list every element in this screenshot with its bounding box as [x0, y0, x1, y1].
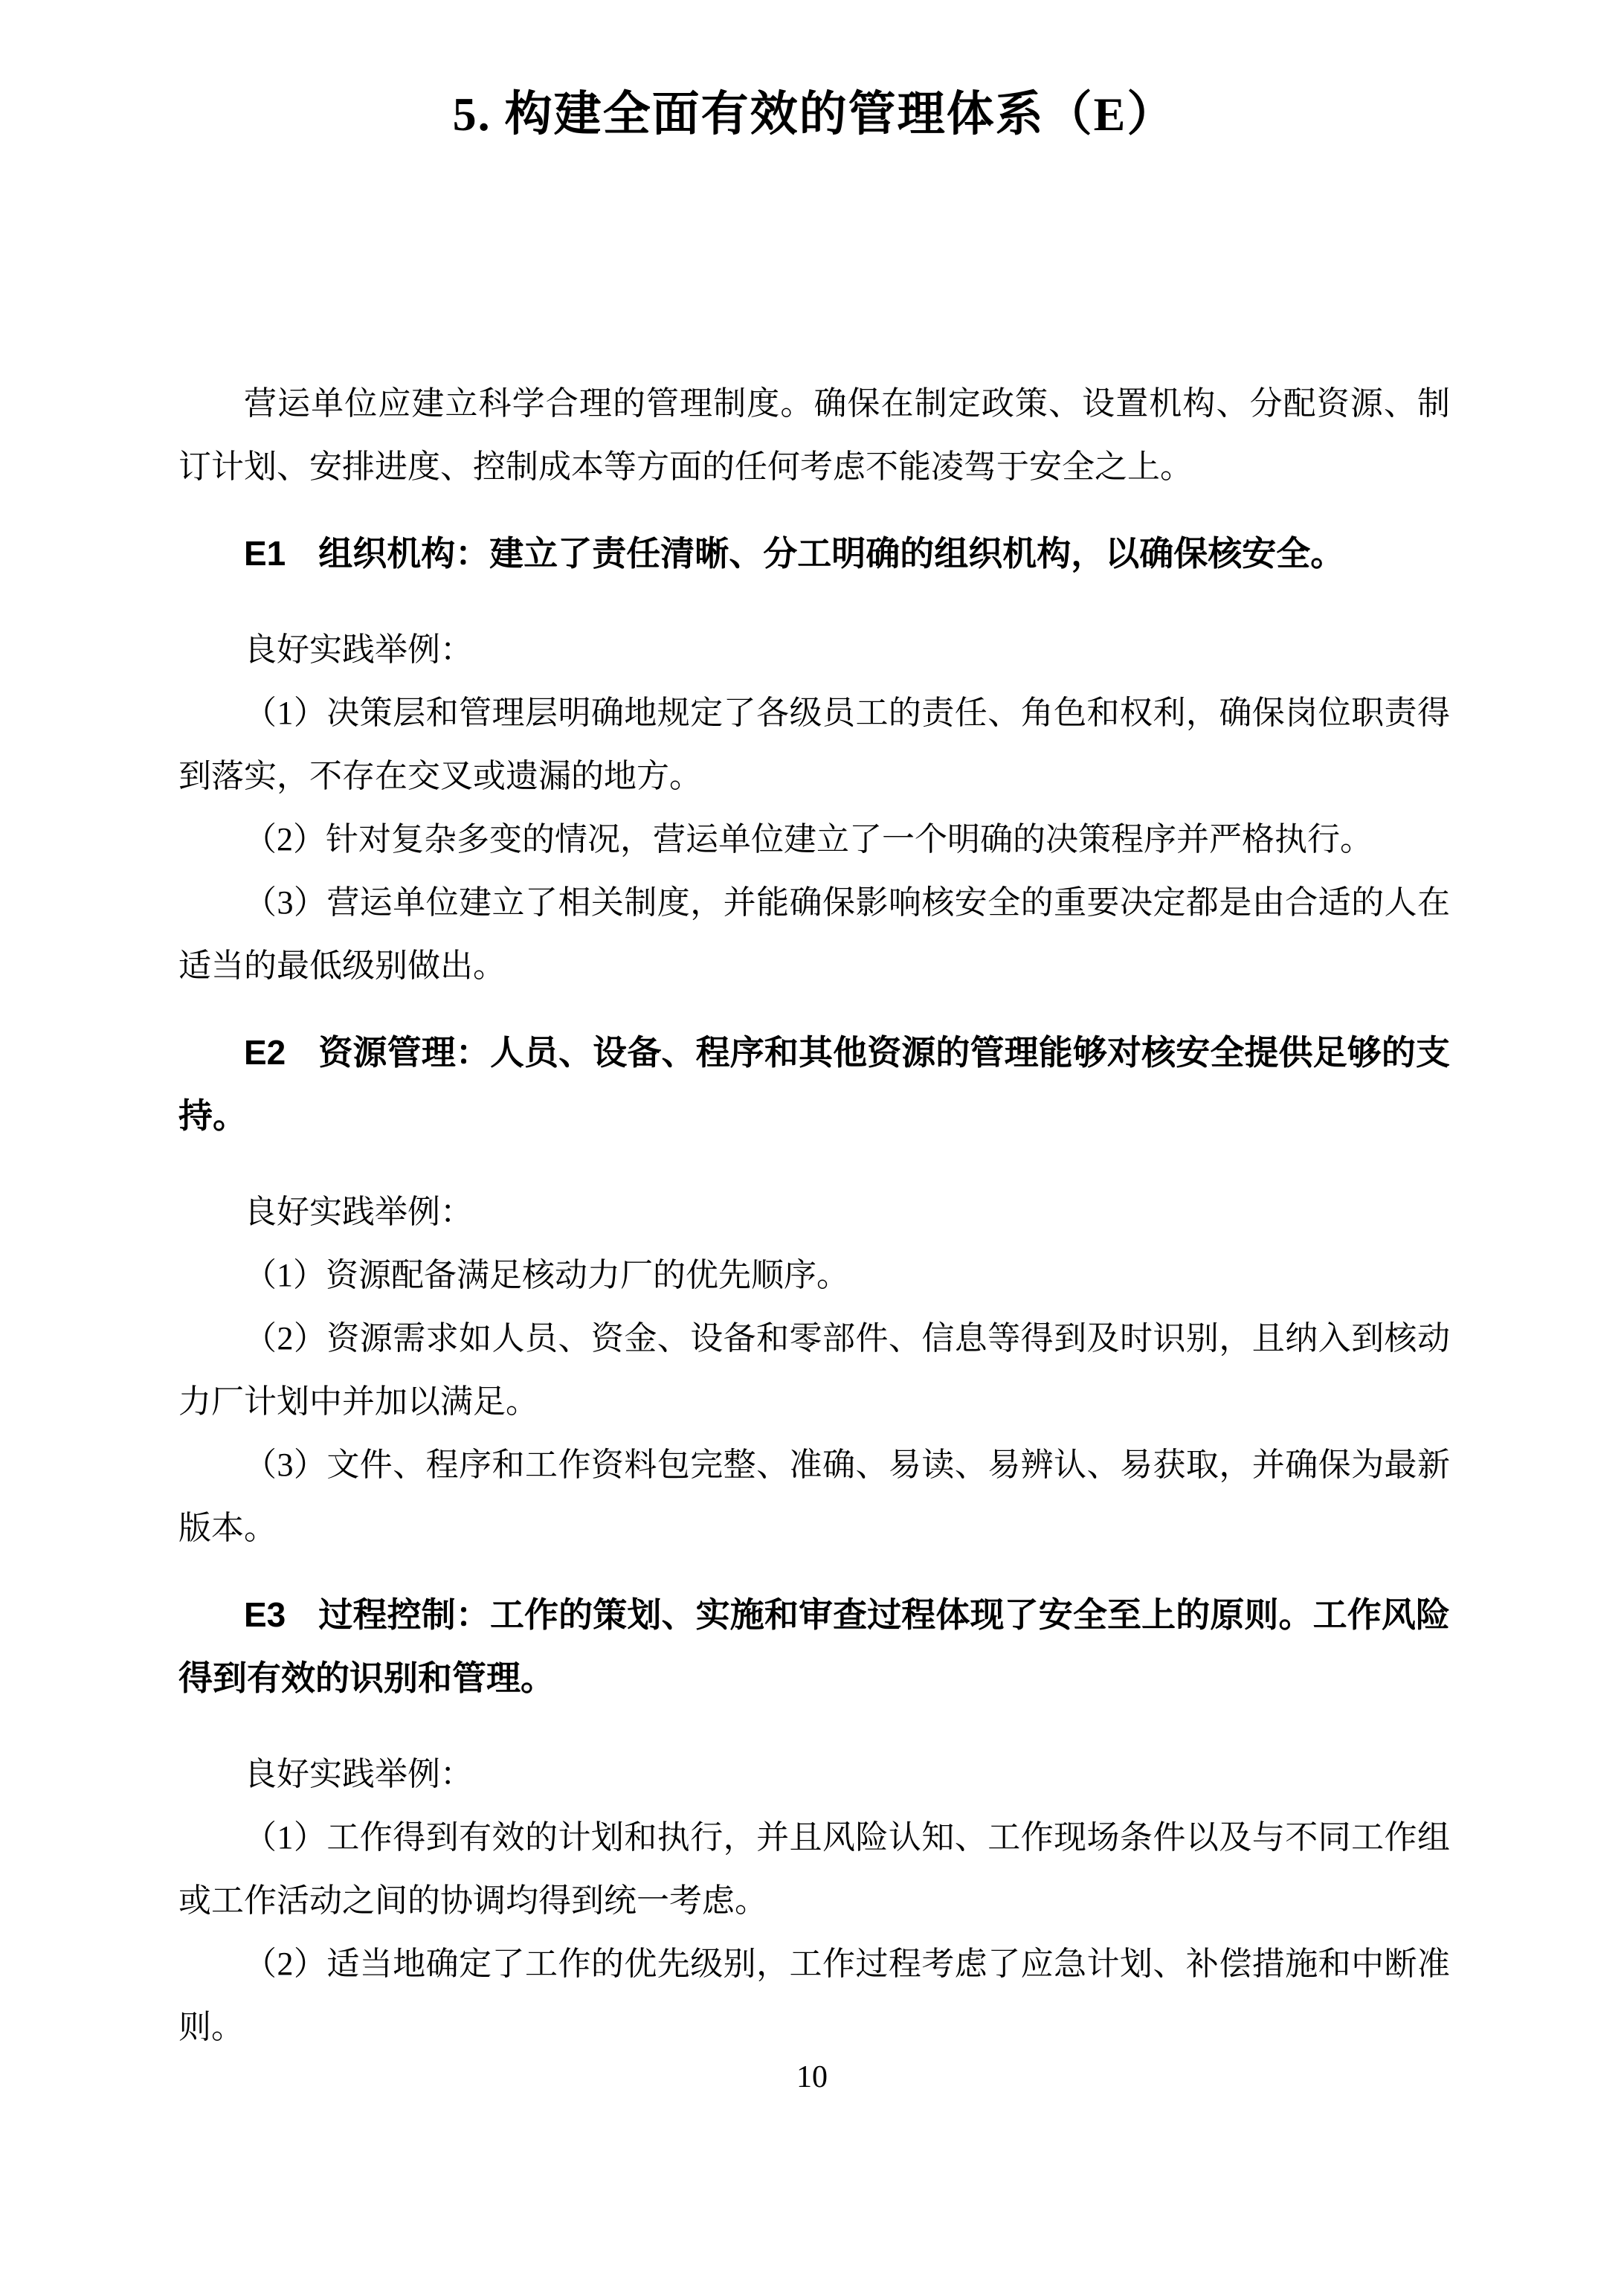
section-code-e1: E1	[244, 534, 286, 573]
practices-label-e1: 良好实践举例：	[178, 618, 1450, 681]
practices-label-e2: 良好实践举例：	[178, 1180, 1450, 1244]
practice-item-e2-1: （1）资源配备满足核动力厂的优先顺序。	[178, 1244, 1450, 1307]
practice-item-e2-2: （2）资源需求如人员、资金、设备和零部件、信息等得到及时识别，且纳入到核动力厂计…	[178, 1307, 1450, 1433]
page-title: 5. 构建全面有效的管理体系（E）	[178, 0, 1450, 149]
section-heading-e2: E2资源管理：人员、设备、程序和其他资源的管理能够对核安全提供足够的支持。	[178, 1021, 1450, 1148]
section-heading-text-e2: 资源管理：人员、设备、程序和其他资源的管理能够对核安全提供足够的支持。	[178, 1033, 1450, 1135]
page-number: 10	[0, 2059, 1624, 2096]
practice-item-e2-3: （3）文件、程序和工作资料包完整、准确、易读、易辨认、易获取，并确保为最新版本。	[178, 1433, 1450, 1560]
section-heading-text-e1: 组织机构：建立了责任清晰、分工明确的组织机构，以确保核安全。	[318, 534, 1344, 573]
practice-item-e3-2: （2）适当地确定了工作的优先级别，工作过程考虑了应急计划、补偿措施和中断准则。	[178, 1932, 1450, 2059]
section-heading-e1: E1组织机构：建立了责任清晰、分工明确的组织机构，以确保核安全。	[178, 522, 1450, 585]
practice-item-e1-2: （2）针对复杂多变的情况，营运单位建立了一个明确的决策程序并严格执行。	[178, 808, 1450, 871]
document-page: 5. 构建全面有效的管理体系（E） 营运单位应建立科学合理的管理制度。确保在制定…	[0, 0, 1624, 2284]
section-code-e2: E2	[244, 1033, 286, 1072]
practice-item-e1-1: （1）决策层和管理层明确地规定了各级员工的责任、角色和权利，确保岗位职责得到落实…	[178, 681, 1450, 808]
section-heading-text-e3: 过程控制：工作的策划、实施和审查过程体现了安全至上的原则。工作风险得到有效的识别…	[178, 1595, 1450, 1697]
practice-item-e3-1: （1）工作得到有效的计划和执行，并且风险认知、工作现场条件以及与不同工作组或工作…	[178, 1806, 1450, 1932]
intro-paragraph: 营运单位应建立科学合理的管理制度。确保在制定政策、设置机构、分配资源、制订计划、…	[178, 372, 1450, 498]
section-code-e3: E3	[244, 1595, 286, 1634]
section-heading-e3: E3过程控制：工作的策划、实施和审查过程体现了安全至上的原则。工作风险得到有效的…	[178, 1583, 1450, 1710]
page-content: 5. 构建全面有效的管理体系（E） 营运单位应建立科学合理的管理制度。确保在制定…	[0, 0, 1624, 2059]
practice-item-e1-3: （3）营运单位建立了相关制度，并能确保影响核安全的重要决定都是由合适的人在适当的…	[178, 871, 1450, 997]
practices-label-e3: 良好实践举例：	[178, 1743, 1450, 1806]
